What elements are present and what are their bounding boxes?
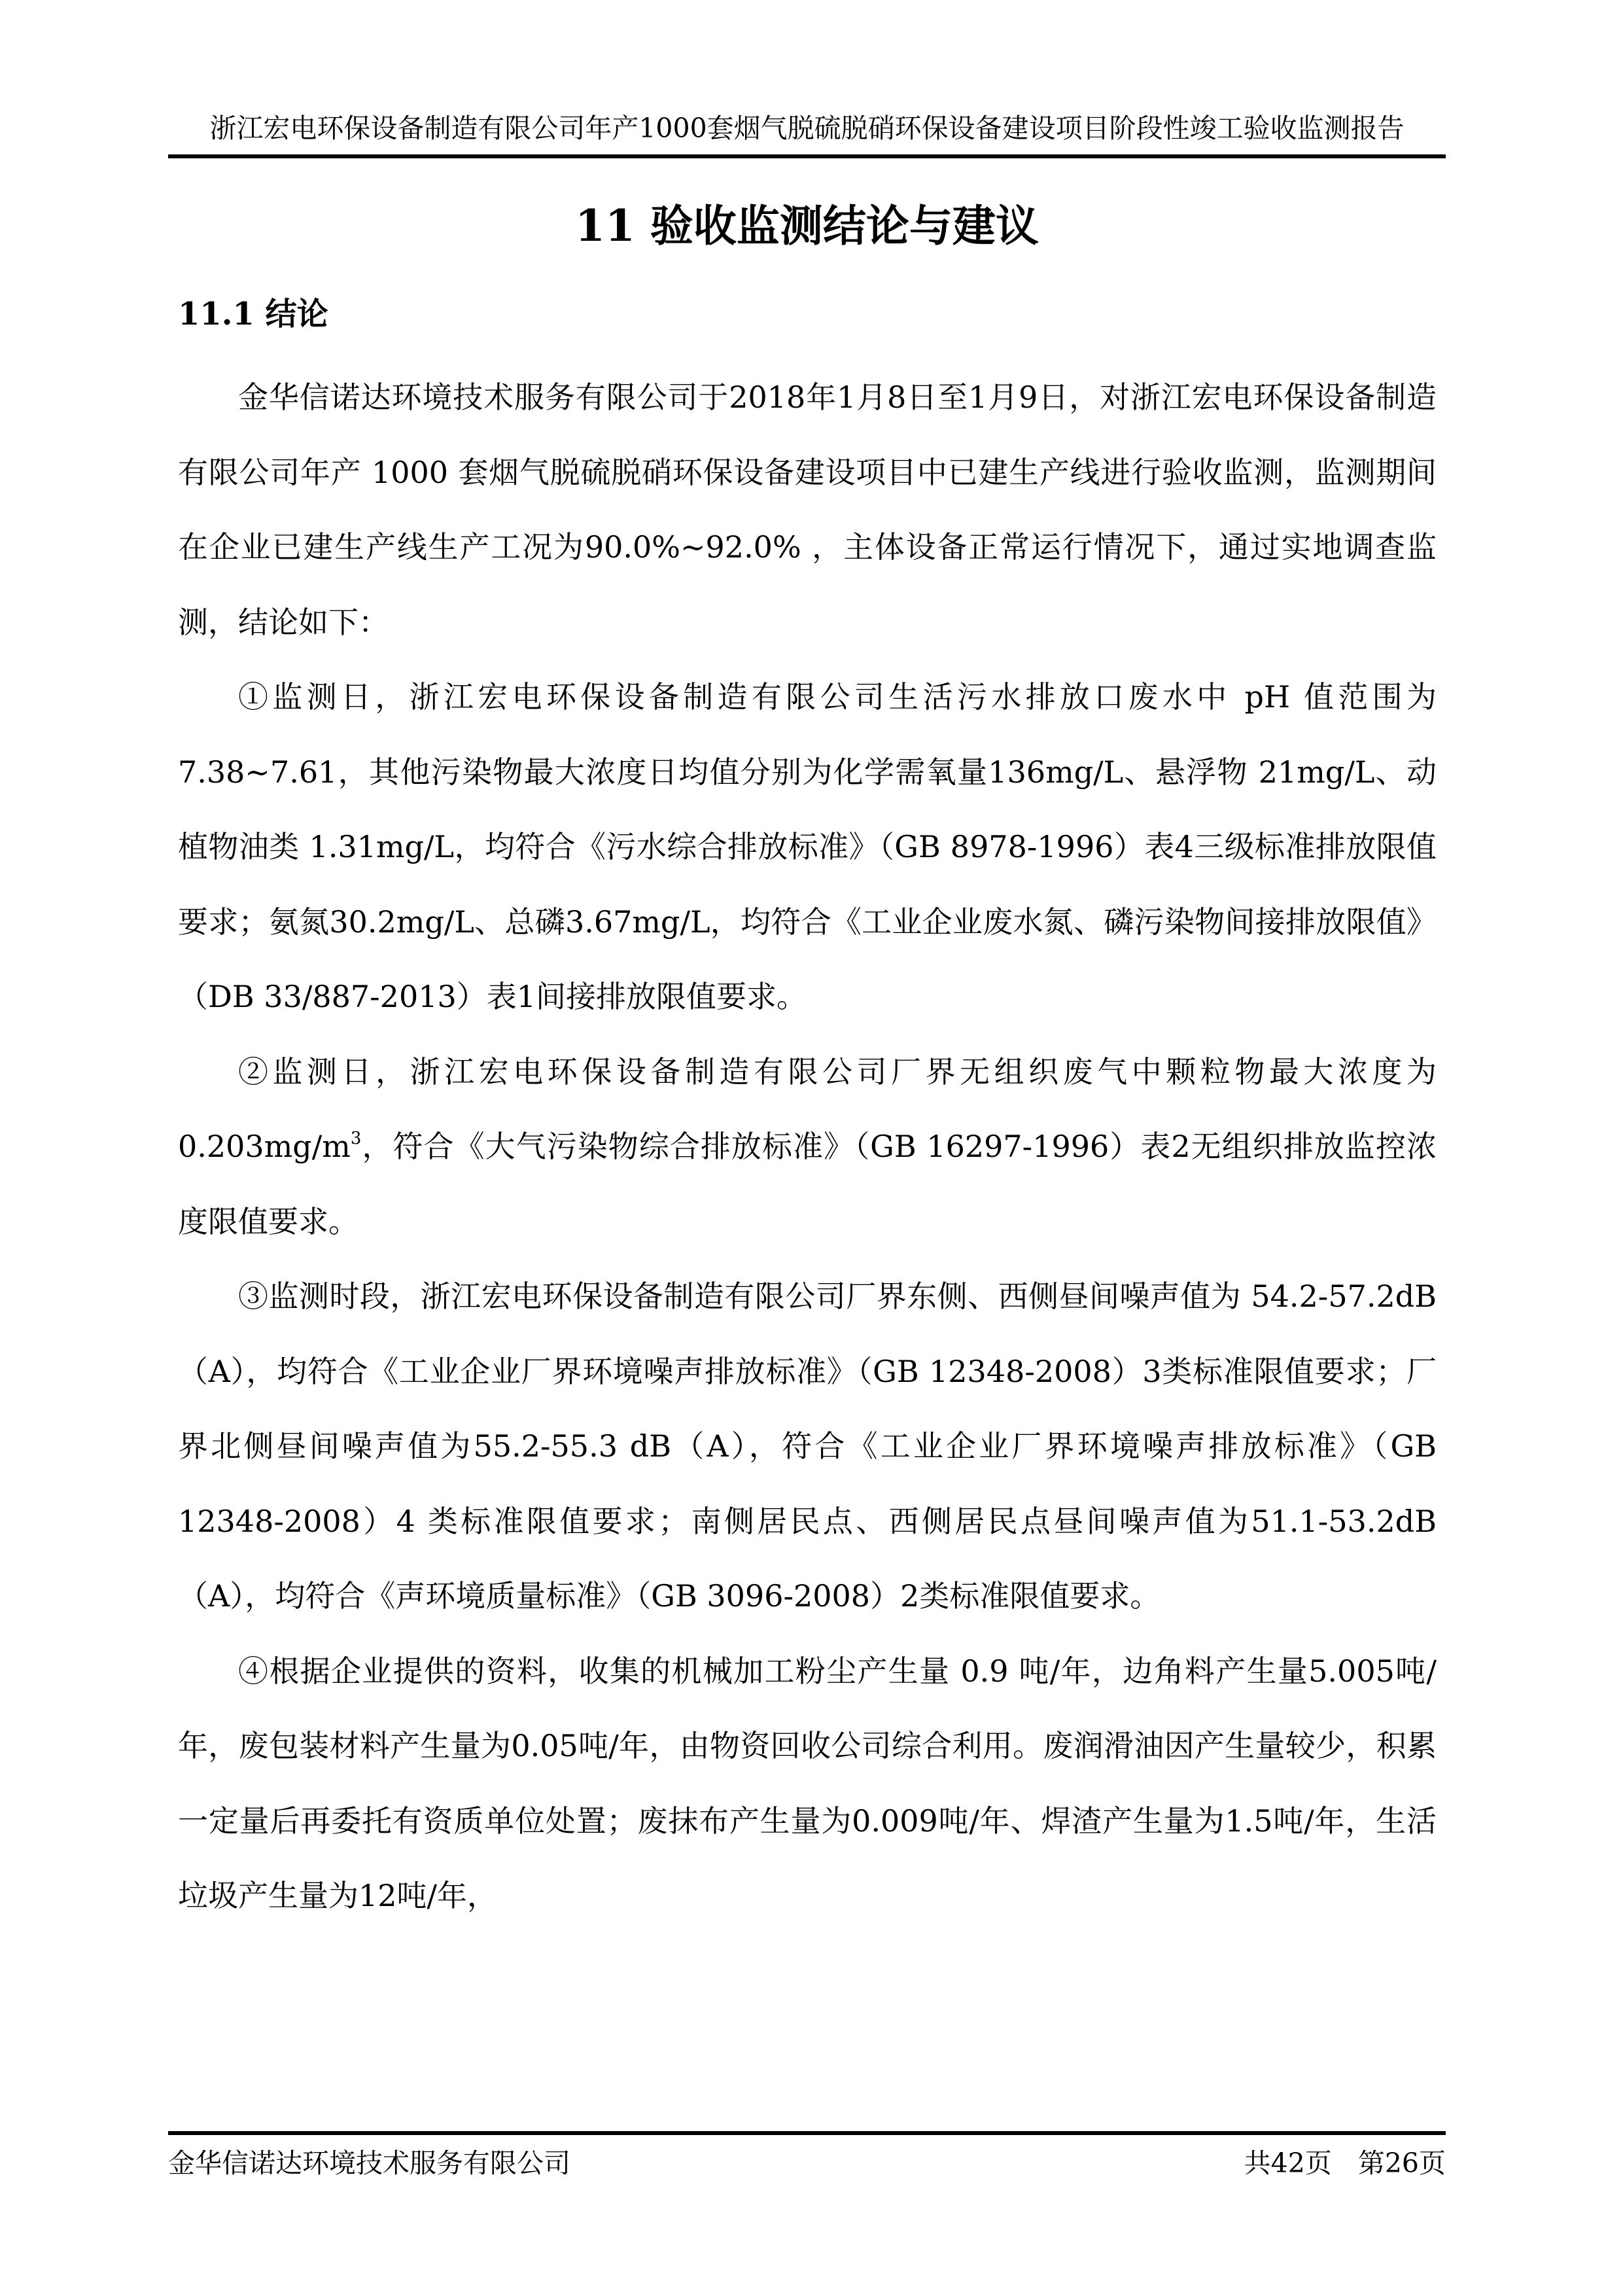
chapter-title: 11 验收监测结论与建议 (168, 196, 1446, 255)
conclusion-noise: ③监测时段，浙江宏电环保设备制造有限公司厂界东侧、西侧昼间噪声值为 54.2-5… (178, 1259, 1437, 1634)
page-counter: 共42页第26页 (1244, 2145, 1446, 2181)
page-footer: 金华信诺达环境技术服务有限公司 共42页第26页 (168, 2145, 1446, 2181)
conclusion-exhaust-gas: ②监测日，浙江宏电环保设备制造有限公司厂界无组织废气中颗粒物最大浓度为0.203… (178, 1034, 1437, 1260)
conclusion-wastewater: ①监测日，浙江宏电环保设备制造有限公司生活污水排放口废水中 pH 值范围为7.3… (178, 660, 1437, 1034)
footer-organization: 金华信诺达环境技术服务有限公司 (168, 2145, 570, 2181)
running-header: 浙江宏电环保设备制造有限公司年产1000套烟气脱硫脱硝环保设备建设项目阶段性竣工… (168, 110, 1446, 147)
intro-paragraph: 金华信诺达环境技术服务有限公司于2018年1月8日至1月9日，对浙江宏电环保设备… (178, 360, 1437, 660)
header-divider (168, 154, 1446, 158)
conclusion-solid-waste: ④根据企业提供的资料，收集的机械加工粉尘产生量 0.9 吨/年，边角料产生量5.… (178, 1634, 1437, 1934)
section-title: 11.1 结论 (178, 291, 328, 337)
total-pages: 共42页 (1244, 2147, 1332, 2179)
current-page: 第26页 (1358, 2147, 1446, 2179)
document-body: 金华信诺达环境技术服务有限公司于2018年1月8日至1月9日，对浙江宏电环保设备… (178, 360, 1437, 1934)
footer-divider (168, 2131, 1446, 2135)
exhaust-text-after: ，符合《大气污染物综合排放标准》（GB 16297-1996）表2无组织排放监控… (178, 1129, 1437, 1239)
cubic-superscript: 3 (351, 1129, 362, 1148)
